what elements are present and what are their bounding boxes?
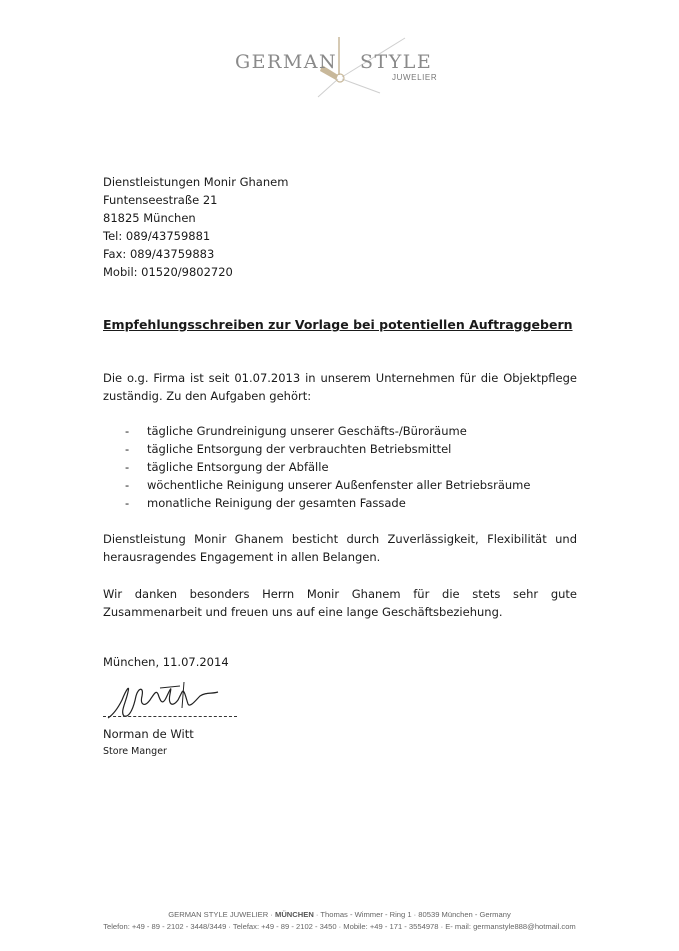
task-text: tägliche Entsorgung der verbrauchten Bet…	[147, 440, 451, 458]
footer-company: GERMAN STYLE JUWELIER ·	[168, 910, 275, 919]
footer-city: MÜNCHEN	[275, 910, 314, 919]
quality-paragraph: Dienstleistung Monir Ghanem besticht dur…	[103, 530, 577, 566]
signer-role: Store Manger	[103, 746, 167, 757]
task-text: tägliche Entsorgung der Abfälle	[147, 458, 329, 476]
address-line: Fax: 089/43759883	[103, 245, 288, 263]
bullet-dash: -	[125, 440, 147, 458]
task-list: -tägliche Grundreinigung unserer Geschäf…	[125, 422, 530, 512]
footer-address: GERMAN STYLE JUWELIER · MÜNCHEN · Thomas…	[0, 910, 679, 919]
footer-contact: Telefon: +49 - 89 - 2102 - 3448/3449 · T…	[0, 922, 679, 931]
intro-paragraph: Die o.g. Firma ist seit 01.07.2013 in un…	[103, 369, 577, 405]
brand-name-right: STYLE	[360, 51, 432, 73]
thanks-paragraph: Wir danken besonders Herrn Monir Ghanem …	[103, 585, 577, 621]
bullet-dash: -	[125, 494, 147, 512]
address-line: Dienstleistungen Monir Ghanem	[103, 173, 288, 191]
letterhead-logo: GERMAN STYLE JUWELIER	[230, 35, 460, 105]
task-text: wöchentliche Reinigung unserer Außenfens…	[147, 476, 530, 494]
list-item: -tägliche Grundreinigung unserer Geschäf…	[125, 422, 530, 440]
signature-line	[103, 716, 237, 717]
bullet-dash: -	[125, 458, 147, 476]
address-line: Mobil: 01520/9802720	[103, 263, 288, 281]
bullet-dash: -	[125, 422, 147, 440]
place-date: München, 11.07.2014	[103, 655, 229, 669]
list-item: -wöchentliche Reinigung unserer Außenfen…	[125, 476, 530, 494]
list-item: -monatliche Reinigung der gesamten Fassa…	[125, 494, 530, 512]
task-text: tägliche Grundreinigung unserer Geschäft…	[147, 422, 467, 440]
letter-subject: Empfehlungsschreiben zur Vorlage bei pot…	[103, 317, 573, 332]
address-line: Tel: 089/43759881	[103, 227, 288, 245]
list-item: -tägliche Entsorgung der verbrauchten Be…	[125, 440, 530, 458]
brand-name-left: GERMAN	[235, 51, 337, 73]
list-item: -tägliche Entsorgung der Abfälle	[125, 458, 530, 476]
footer-street: · Thomas - Wimmer - Ring 1 · 80539 Münch…	[314, 910, 511, 919]
recipient-address: Dienstleistungen Monir Ghanem Funtensees…	[103, 173, 288, 281]
address-line: Funtenseestraße 21	[103, 191, 288, 209]
bullet-dash: -	[125, 476, 147, 494]
brand-subtitle: JUWELIER	[392, 73, 437, 82]
task-text: monatliche Reinigung der gesamten Fassad…	[147, 494, 406, 512]
signer-name: Norman de Witt	[103, 727, 194, 741]
address-line: 81825 München	[103, 209, 288, 227]
